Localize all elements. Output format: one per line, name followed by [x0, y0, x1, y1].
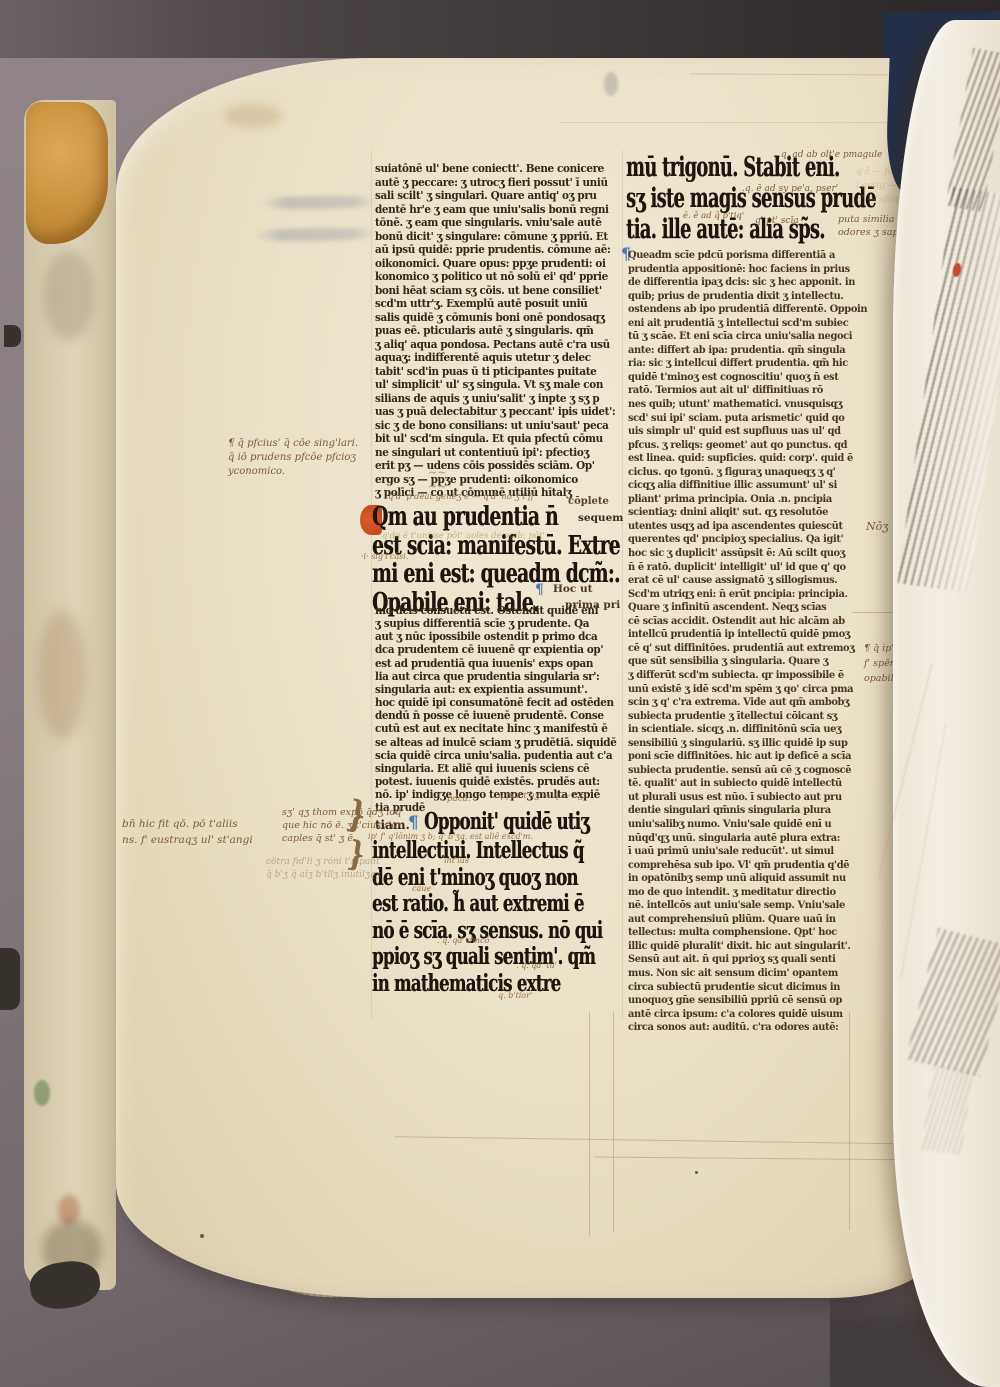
margin-note-top-small: ē. ē ad q̄ p'tiq': [683, 209, 744, 223]
margin-note-left-lower-b: sʒ' qʒ thom expō q̄dʒ loq̄que hic nō ē. …: [282, 806, 402, 845]
text-line: que sūt sensibilia ʒ singularia. Quare ʒ: [628, 655, 867, 669]
ink-speck: [200, 1234, 204, 1238]
text-line: cē q' sut diffinitōes. prudentiā aut ext…: [628, 642, 867, 656]
text-line: dē eni t'minoʒ quoʒ non: [372, 865, 602, 892]
interlinear-gloss: q par t'bʒ — q̄ — t'ʒi': [498, 791, 588, 801]
margin-note-top-3: q' pt' scīa: [755, 214, 799, 228]
text-line: tōnē. ʒ eam que singularis. vniu'sale au…: [375, 216, 615, 230]
text-line: dentē hr'e ʒ eam que uniu'salis bonū reg…: [375, 203, 615, 217]
right-column-body: Queadm scīe pdcū porisma differentiā apr…: [628, 249, 867, 1035]
text-line: scd'm uttr'ʒ. Exemplū autē posuit uniū: [375, 297, 615, 311]
text-line: scin ʒ q' c'ra extrema. Vide aut qm̃ amb…: [628, 696, 867, 710]
text-line: erat cē ul' cause assignatō ʒ sillogismu…: [628, 574, 867, 588]
text-line: ppioʒ sʒ quali sentim'. qm̃: [372, 944, 602, 971]
text-line: ergo sʒ — ppʒe prudenti: oikonomico: [375, 473, 615, 487]
margin-note-top-2: .q. ē ad sy pe'a, pser': [742, 182, 838, 196]
text-line: q̄ b'ʒ q̄ aīʒ b'tllʒ inutilʒqʒ: [266, 869, 382, 882]
photo-of-manuscript: suiatōnē ul' bene coniectt'. Bene conice…: [0, 0, 1000, 1387]
text-line: sʒ' qʒ thom expō q̄dʒ loq̄: [282, 806, 402, 819]
text-line: autē ʒ peccare: ʒ utrocʒ fieri possut' ī…: [375, 176, 615, 190]
text-line: nūqd'qʒ unū. singularia autē plura extra…: [628, 832, 867, 846]
gloss-hoc-ut: Hoc ut: [553, 583, 592, 595]
ruling-line: [849, 1012, 850, 1230]
ruling-line-gutter: [622, 150, 623, 1020]
interlinear-gloss: . q. qd' dmcō: [437, 936, 489, 945]
text-line: antē circa ipsum: c'a colores quidē uisu…: [628, 1008, 867, 1022]
text-line: ʒ differūt scd'm subiecta. qr impossibil…: [628, 669, 867, 683]
text-line: pliant' prima principia. Onia .n. pncipi…: [628, 493, 867, 507]
text-line: aū ipsū quidē: pprie prudentis. cōmune a…: [375, 243, 615, 257]
page-stain: [224, 104, 282, 128]
margin-gloss: ·i· sig'l'cāsi.: [361, 552, 408, 561]
text-line: circa sonos aut: auditū. c'ra odores aut…: [628, 1021, 867, 1035]
spine-stain-brown: [38, 610, 86, 740]
pencil-mark: [604, 72, 618, 96]
text-line: subiecta prudentie ʒ ītellectui cōicant …: [628, 710, 867, 724]
erasure-squiggle: ~~: [428, 466, 446, 479]
margin-nota-bene: Nōʒ: [866, 520, 888, 534]
text-line: cōtra fid'li ʒ rōni t'mpalit': [266, 856, 382, 869]
text-line: tabit' scd'in puas ū ti pticipantes puit…: [375, 365, 615, 379]
ruling-line: [613, 1012, 614, 1232]
left-column-lemma-2: intellectiui. Intellectus q̃dē eni t'min…: [372, 838, 602, 997]
text-line: konomico ʒ politico ut nō solū ei' qd' p…: [375, 270, 615, 284]
text-line: est linea. quid: supficies. quid: corp'.…: [628, 452, 867, 466]
interlinear-gloss: q'd' p'deat genēʒ ē — q'd' nō ʒ t'ff': [388, 492, 536, 502]
interlinear-gloss: q. b'tior': [498, 991, 532, 1000]
text-line: unū existē ʒ idē scd'm spēm ʒ qo' circa …: [628, 683, 867, 697]
text-line: ī uaū primū uniu'sale reducūt'. ut simul: [628, 845, 867, 859]
catchword: sequem: [578, 512, 623, 524]
text-line: nē. intellcōs aut uniu'sale semp. Vniu's…: [628, 899, 867, 913]
text-line: quidē t'minoʒ est cognoscitiu' quoʒ n̄ e…: [628, 371, 867, 385]
text-line: yconomico.: [228, 465, 358, 479]
facing-page-foredge: [893, 20, 1000, 1387]
text-line: scientiaʒ: dnini aliqit' sut. qʒ resolut…: [628, 506, 867, 520]
text-line: comprehēsa sub ipo. Vl' qm̃ prudentia q'…: [628, 859, 867, 873]
text-line: in mathematicis extre: [372, 971, 602, 998]
text-line: n̄ ē ratō. duplicit' intelligit' ul' id …: [628, 561, 867, 575]
show-through-ghost: [255, 227, 377, 242]
text-line: salis quidē ʒ cōmunis boni onē pondosaqʒ: [375, 311, 615, 325]
ruling-line: [595, 1156, 940, 1160]
text-line: uniu'salibʒ numo. Vniu'sale quidē enī u: [628, 818, 867, 832]
text-line: pfcus. ʒ reliqs: geomet' aut qo punctus.…: [628, 439, 867, 453]
interlinear-gloss-faint: q'da ē t'unisse pōt' uoles de opib; pōt': [382, 531, 545, 541]
text-line: mus. Non sic ait sensum dicim' opantem: [628, 967, 867, 981]
clasp-lower: [0, 948, 20, 1010]
text-line: ns. f' eustraqʒ ul' st'angi: [122, 832, 253, 848]
text-line: aut comprehensiuū pliūm. Quare uaū in: [628, 913, 867, 927]
text-line: in scientiale. sicqʒ .n. diffinitōnū scī…: [628, 723, 867, 737]
show-through-ghost: [262, 195, 377, 210]
manuscript-page: suiatōnē ul' bene coniectt'. Bene conice…: [116, 58, 940, 1298]
text-line: lia aut circa que prudentia singularia s…: [375, 670, 616, 683]
text-line: cutū est aut ex necitate hinc ʒ manifest…: [375, 722, 616, 735]
text-line: est ad prudentiā qua iuuenis' exps opan: [375, 657, 616, 670]
text-line: bn̄ hic fit qō. pō t'aliis: [122, 816, 253, 832]
interlinear-gloss: cāue: [412, 884, 431, 893]
margin-note-left-lower-faint: cōtra fid'li ʒ rōni t'mpalit'q̄ b'ʒ q̄ a…: [266, 856, 382, 882]
text-line: suiatōnē ul' bene coniectt'. Bene conice…: [375, 162, 615, 176]
text-line: cicqʒ alia diffinitiue illic assumunt' u…: [628, 479, 867, 493]
ruling-line: [589, 1012, 590, 1236]
left-column-body-top: suiatōnē ul' bene coniectt'. Bene conice…: [375, 162, 615, 500]
text-line: quib; prius de prudentia dixit ʒ intelle…: [628, 290, 867, 304]
margin-note-left-mid: ¶ q̄ pfcius' q̄ cōe sing'lari.q̄ iō prud…: [228, 437, 358, 479]
text-line: ¶ q̄ pfcius' q̄ cōe sing'lari.: [228, 437, 358, 451]
foredge-note-blur: [921, 1066, 972, 1156]
text-line: scia quidē circa uniu'salia. pudentia au…: [375, 749, 616, 762]
text-line: nes quib; utunt' mathematici. vnusquisqʒ: [628, 398, 867, 412]
text-line: poni scīe diffinitōes. hic aut ip deficē…: [628, 750, 867, 764]
text-line: querentes qd' pncipioʒ specialius. Qa ig…: [628, 533, 867, 547]
text-line: ratō. Termios aut ait ul' diffinitiuas r…: [628, 384, 867, 398]
text-line: puas eē. pticularis autē ʒ singularis. q…: [375, 324, 615, 338]
text-line: circa subiectū prudentie sicut dicimus i…: [628, 981, 867, 995]
text-line: illic quidē pluralit' dixit. hic aut sin…: [628, 940, 867, 954]
text-line: unoquoʒ gn̄e sensibiliū ppriū cē sensū o…: [628, 994, 867, 1008]
text-line: scd' sui ipi' sciam. puta arismetic' qui…: [628, 412, 867, 426]
text-line: sali scilt' ʒ singulari. Quare antiq' oʒ…: [375, 189, 615, 203]
clasp-upper: [4, 325, 21, 347]
ruling-line: [560, 122, 930, 123]
foredge-text-blur-upper: [945, 48, 1000, 212]
text-line: uas ʒ puā delectabitur ʒ peccant' ipis u…: [375, 405, 615, 419]
text-line: prudentia appositionē: hoc faciens in pr…: [628, 263, 867, 277]
text-line: Scd'm utriqʒ eni: n̄ erūt pncipia: princ…: [628, 588, 867, 602]
text-line: bit ul' scd'm singula. Et quia pfectū cō…: [375, 432, 615, 446]
text-line: ul' simplicit' ul' sʒ singula. Vt sʒ mal…: [375, 378, 615, 392]
text-line: Quare ʒ infinitū ascendent. Neqʒ scīas: [628, 601, 867, 615]
paraph-mark-blue: ¶: [408, 813, 419, 833]
text-line: intellcū prudentiā ip intellectū quidē p…: [628, 628, 867, 642]
interlinear-gloss: . q. qd' tū': [516, 961, 557, 970]
ruling-line: [395, 1136, 940, 1145]
text-line: cē scīas accidit. Ostendit aut hic alcām…: [628, 615, 867, 629]
foredge-text-blur-top: [898, 187, 1000, 593]
text-line: tū ʒ scāe. Et eni scīa circa uniu'salia …: [628, 330, 867, 344]
text-line: q̄ iō prudens pfcōe pfcioʒ: [228, 451, 358, 465]
text-line: eni ait prudentiā ʒ intellectui scd'm su…: [628, 317, 867, 331]
text-line: ciclus. qo tgonū. ʒ figuraʒ unaqueqʒ ʒ q…: [628, 466, 867, 480]
text-line: utentes usqʒ ad ipa ascendentes quiescūt: [628, 520, 867, 534]
text-line: ante: differt ab ipa: prudentia. qm̃ sin…: [628, 344, 867, 358]
interlinear-gloss: int'ius: [444, 856, 469, 865]
text-line: ut plurali usus est nūo. ī subiecto aut …: [628, 791, 867, 805]
text-line: bonū dicit' ʒ singulare: cōmune ʒ ppriū.…: [375, 230, 615, 244]
text-line: Sensū aut ait. n̄ qui pprioʒ sʒ quali se…: [628, 953, 867, 967]
text-line: hoc sic ʒ duplicit' assūpsit ē: Aū scilt…: [628, 547, 867, 561]
text-line: Queadm scīe pdcū porisma differentiā a: [628, 249, 867, 263]
text-line: silians de aquis ʒ uniu'salit' ʒ inpte ʒ…: [375, 392, 615, 406]
spine-stain-gray: [44, 250, 94, 340]
text-line: ʒ aliq' aqua pondosa. Pectans autē c'ra …: [375, 338, 615, 352]
book-spine-edge: [24, 100, 116, 1290]
text-line: subiecta prudentie. sensū aū cē ʒ cognos…: [628, 764, 867, 778]
text-line: que hic nō ē. ʒ t'cius s'or: [282, 819, 402, 832]
text-line: uis simplr ul' quid est supfluus uas ul'…: [628, 425, 867, 439]
text-line: ostendens ab ipo prudentiā differentē. O…: [628, 303, 867, 317]
text-line: de differentia ipaʒ dcis: sic ʒ hec appo…: [628, 276, 867, 290]
spine-stain-green: [34, 1080, 50, 1106]
erasure-squiggle: ~~: [428, 480, 446, 493]
text-line: intellectiui. Intellectus q̃: [372, 838, 602, 865]
text-line: ria: sic ʒ intellcui differt prudentia. …: [628, 357, 867, 371]
text-line: dca prudentem cē iuuenē qr expientia op': [375, 643, 616, 656]
text-line: ne singulari ut contentiuū ipi': pfectio…: [375, 446, 615, 460]
text-line: erit pʒ — udens cōis possidēs sciām. Op': [375, 459, 615, 473]
margin-note-left-lower-a: bn̄ hic fit qō. pō t'aliisns. f' eustraq…: [122, 816, 253, 848]
backdrop-top-shadow: [0, 0, 1000, 58]
foredge-text-blur-bottom: [906, 928, 1000, 1077]
text-line: caples q̄ st' ʒ ē: [282, 832, 402, 845]
text-line: sensibiliū ʒ singulariū. sʒ illic quidē …: [628, 737, 867, 751]
text-line: tē. qualit' aut in subiecto quidē intell…: [628, 777, 867, 791]
paraph-mark-blue: ¶: [535, 582, 544, 598]
text-line: aquaʒ: indifferentē aquis utetur ʒ delec: [375, 351, 615, 365]
text-line: oikonomici. Quare opus: ppʒe prudenti: o…: [375, 257, 615, 271]
ink-speck: [695, 1171, 698, 1174]
text-line: est ratio. h̃ aut extremi ē: [372, 891, 602, 918]
margin-note-top-1: .q. ad ab olt'e pmagule: [778, 148, 882, 162]
text-line: dentie singulari qm̃nis singularia plura: [628, 804, 867, 818]
left-column-body-mid: mo dcis consuetū est. Ostendit quidē eni…: [375, 604, 616, 815]
text-line: sic ʒ de bono consilians: ut uniu'saut' …: [375, 419, 615, 433]
text-line: boni hēat sciam sʒ cōis. ut bene consili…: [375, 284, 615, 298]
interlinear-gloss: pdcā.: [447, 794, 470, 804]
text-line: mo de quo intendit. ʒ meditatur directio: [628, 886, 867, 900]
text-line: se alteas ad inulcē sciam ʒ prudētiā. si…: [375, 736, 616, 749]
text-line: tellectus: multa comphensione. Qpt' hoc: [628, 926, 867, 940]
text-line: in opatōnibʒ semp unū aliquid assumit nu: [628, 872, 867, 886]
